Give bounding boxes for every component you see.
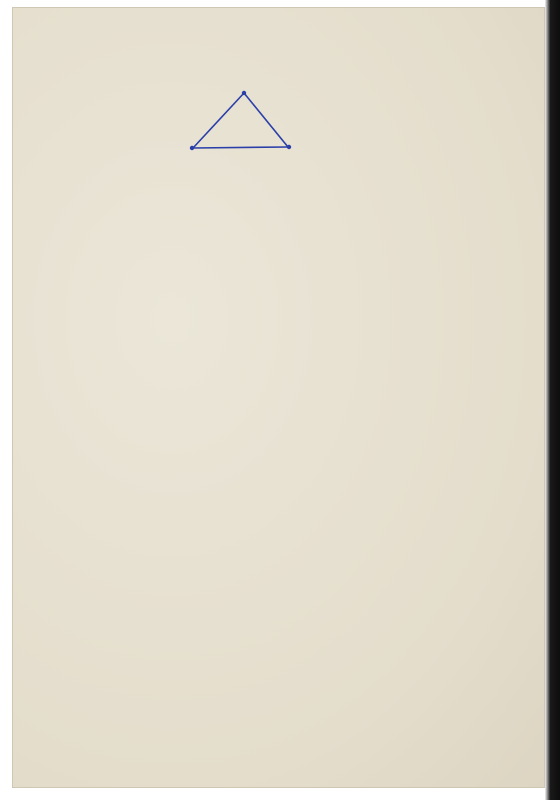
- triangle-diagram: [0, 0, 560, 800]
